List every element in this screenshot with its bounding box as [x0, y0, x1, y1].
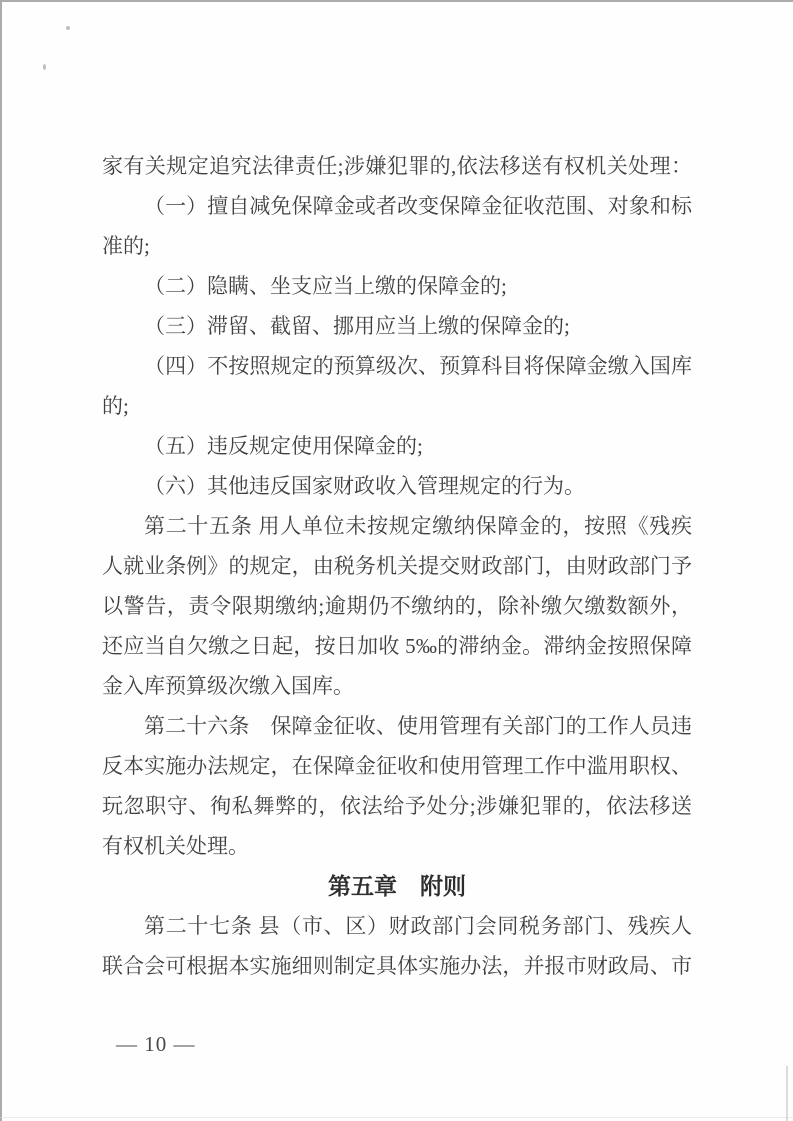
document-body: 家有关规定追究法律责任;涉嫌犯罪的,依法移送有权机关处理：（一）擅自减免保障金或… — [102, 146, 692, 986]
text-line: （二）隐瞒、坐支应当上缴的保障金的; — [102, 266, 692, 306]
text-line: 第二十六条 保障金征收、使用管理有关部门的工作人员违 — [102, 706, 692, 746]
scan-edge-top — [0, 0, 793, 2]
page-number: — 10 — — [116, 1032, 196, 1057]
text-line: （三）滞留、截留、挪用应当上缴的保障金的; — [102, 306, 692, 346]
text-line: 第二十七条 县（市、区）财政部门会同税务部门、残疾人 — [102, 906, 692, 946]
text-line: 玩忽职守、徇私舞弊的，依法给予处分;涉嫌犯罪的，依法移送 — [102, 786, 692, 826]
scan-artifact — [43, 64, 46, 70]
text-line: 第二十五条 用人单位未按规定缴纳保障金的，按照《残疾 — [102, 506, 692, 546]
text-line: （四）不按照规定的预算级次、预算科目将保障金缴入国库 — [102, 346, 692, 386]
text-line: 的; — [102, 386, 692, 426]
text-line: 有权机关处理。 — [102, 826, 692, 866]
text-line: 反本实施办法规定，在保障金征收和使用管理工作中滥用职权、 — [102, 746, 692, 786]
scan-edge-right — [786, 1066, 788, 1121]
text-line: 金入库预算级次缴入国库。 — [102, 666, 692, 706]
scan-artifact — [66, 26, 70, 30]
text-line: 以警告，责令限期缴纳;逾期仍不缴纳的，除补缴欠缴数额外， — [102, 586, 692, 626]
scan-edge-left — [0, 0, 2, 1121]
text-line: 联合会可根据本实施细则制定具体实施办法，并报市财政局、市 — [102, 946, 692, 986]
chapter-heading: 第五章 附则 — [102, 866, 692, 906]
text-line: 准的; — [102, 226, 692, 266]
document-page: 家有关规定追究法律责任;涉嫌犯罪的,依法移送有权机关处理：（一）擅自减免保障金或… — [0, 0, 793, 1121]
scan-edge-bottom — [0, 1117, 793, 1118]
text-line: （一）擅自减免保障金或者改变保障金征收范围、对象和标 — [102, 186, 692, 226]
text-line: 人就业条例》的规定，由税务机关提交财政部门，由财政部门予 — [102, 546, 692, 586]
text-line: 家有关规定追究法律责任;涉嫌犯罪的,依法移送有权机关处理： — [102, 146, 692, 186]
text-line: 还应当自欠缴之日起，按日加收 5‰的滞纳金。滞纳金按照保障 — [102, 626, 692, 666]
text-line: （六）其他违反国家财政收入管理规定的行为。 — [102, 466, 692, 506]
text-line: （五）违反规定使用保障金的; — [102, 426, 692, 466]
